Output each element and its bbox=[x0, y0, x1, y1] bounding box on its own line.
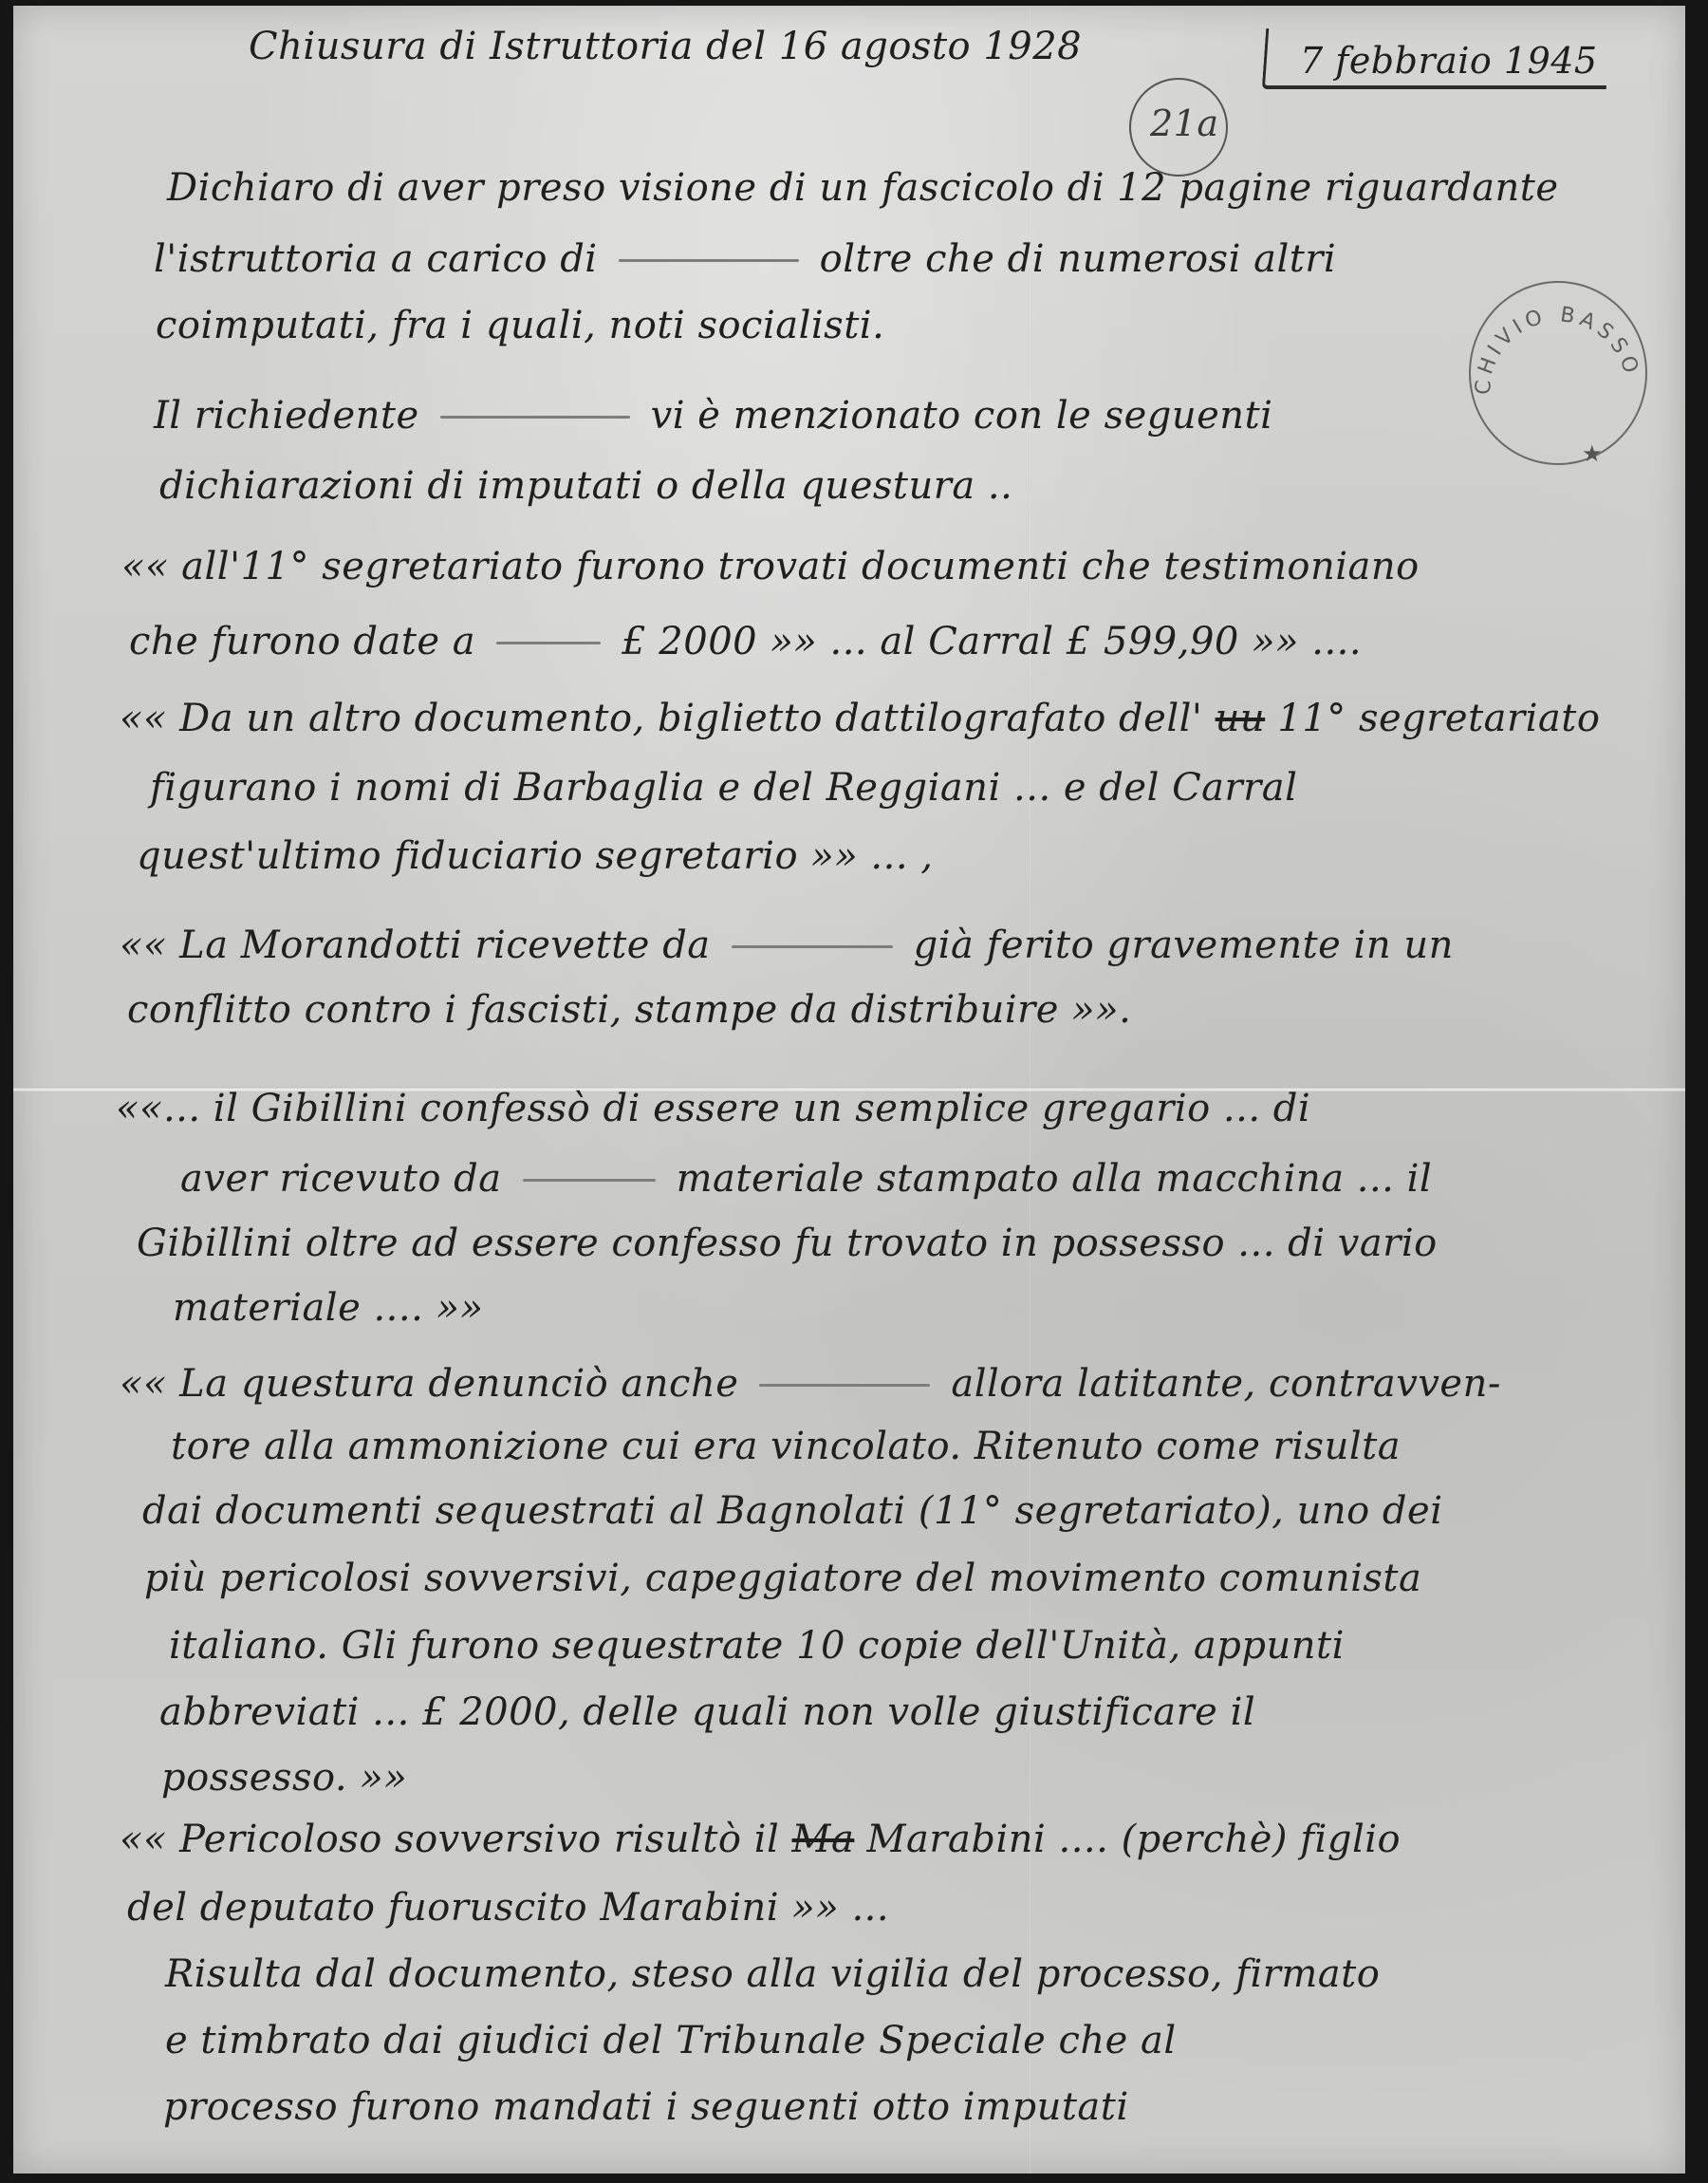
line-text: 11° segretariato bbox=[1265, 697, 1600, 740]
body-line-20: più pericolosi sovversivi, capeggiatore … bbox=[144, 1559, 1421, 1597]
body-line-25: del deputato fuoruscito Marabini »» ... bbox=[127, 1889, 889, 1927]
crossed-out-text: uu bbox=[1216, 697, 1266, 740]
body-line-21: italiano. Gli furono sequestrate 10 copi… bbox=[169, 1627, 1345, 1665]
line-text: £ 2000 »» ... al Carral £ 599,90 »» .... bbox=[622, 620, 1362, 663]
body-line-27: e timbrato dai giudici del Tribunale Spe… bbox=[165, 2022, 1177, 2060]
date-annotation: 7 febbraio 1945 bbox=[1300, 40, 1598, 82]
archive-stamp: CHIVIO BASSO ★ bbox=[1469, 281, 1647, 465]
line-text: italiano. Gli furono sequestrate 10 copi… bbox=[169, 1624, 1345, 1668]
line-text: ««... il Gibillini confessò di essere un… bbox=[116, 1087, 1310, 1130]
redacted-blank bbox=[619, 259, 799, 262]
body-line-18: tore alla ammonizione cui era vincolato.… bbox=[171, 1427, 1401, 1465]
body-line-14: aver ricevuto damateriale stampato alla … bbox=[180, 1160, 1432, 1198]
body-line-8: «« Da un altro documento, biglietto datt… bbox=[120, 700, 1600, 737]
body-line-4: Il richiedentevi è menzionato con le seg… bbox=[154, 397, 1272, 435]
line-text: «« La questura denunciò anche bbox=[120, 1362, 738, 1406]
line-text: più pericolosi sovversivi, capeggiatore … bbox=[144, 1557, 1421, 1600]
line-text: conflitto contro i fascisti, stampe da d… bbox=[127, 988, 1131, 1032]
body-line-28: processo furono mandati i seguenti otto … bbox=[163, 2088, 1129, 2126]
body-line-17: «« La questura denunciò ancheallora lati… bbox=[120, 1365, 1501, 1403]
line-text: dai documenti sequestrati al Bagnolati (… bbox=[142, 1489, 1443, 1533]
line-text: materiale stampato alla macchina ... il bbox=[677, 1157, 1433, 1201]
body-line-13: ««... il Gibillini confessò di essere un… bbox=[116, 1090, 1310, 1128]
body-line-16: materiale .... »» bbox=[173, 1289, 483, 1327]
body-line-23: possesso. »» bbox=[161, 1759, 407, 1797]
line-text: «« Pericoloso sovversivo risultò il bbox=[120, 1818, 792, 1861]
line-text: abbreviati ... £ 2000, delle quali non v… bbox=[159, 1690, 1255, 1734]
body-line-7: che furono date a£ 2000 »» ... al Carral… bbox=[129, 623, 1362, 661]
line-text: allora latitante, contravven- bbox=[951, 1362, 1501, 1406]
body-line-5: dichiarazioni di imputati o della questu… bbox=[159, 467, 1012, 505]
body-line-6: «« all'11° segretariato furono trovati d… bbox=[121, 548, 1420, 586]
line-text: vi è menzionato con le seguenti bbox=[651, 394, 1273, 438]
line-text: che furono date a bbox=[129, 620, 475, 663]
line-text: del deputato fuoruscito Marabini »» ... bbox=[127, 1886, 889, 1930]
redacted-blank bbox=[523, 1179, 656, 1182]
body-line-9: figurano i nomi di Barbaglia e del Reggi… bbox=[150, 769, 1297, 807]
svg-text:CHIVIO BASSO: CHIVIO BASSO bbox=[1472, 303, 1643, 395]
line-text: l'istruttoria a carico di bbox=[154, 237, 598, 281]
redacted-blank bbox=[759, 1384, 930, 1387]
line-text: Marabini .... (perchè) figlio bbox=[854, 1818, 1401, 1861]
line-text: figurano i nomi di Barbaglia e del Reggi… bbox=[150, 766, 1297, 810]
body-line-15: Gibillini oltre ad essere confesso fu tr… bbox=[137, 1224, 1438, 1262]
body-line-1: Dichiaro di aver preso visione di un fas… bbox=[167, 169, 1559, 207]
folio-mark: 21a bbox=[1150, 103, 1219, 144]
redacted-blank bbox=[496, 642, 601, 644]
redacted-blank bbox=[440, 416, 630, 419]
crossed-out-text: Ma bbox=[792, 1818, 855, 1861]
body-line-26: Risulta dal documento, steso alla vigili… bbox=[165, 1955, 1380, 1993]
line-text: coimputati, fra i quali, noti socialisti… bbox=[156, 304, 884, 347]
body-line-22: abbreviati ... £ 2000, delle quali non v… bbox=[159, 1693, 1255, 1731]
line-text: Risulta dal documento, steso alla vigili… bbox=[165, 1952, 1380, 1996]
line-text: processo furono mandati i seguenti otto … bbox=[163, 2085, 1129, 2129]
scan-frame: Chiusura di Istruttoria del 16 agosto 19… bbox=[0, 0, 1708, 2183]
body-line-19: dai documenti sequestrati al Bagnolati (… bbox=[142, 1492, 1443, 1530]
body-line-12: conflitto contro i fascisti, stampe da d… bbox=[127, 991, 1131, 1029]
stamp-ring-text: CHIVIO BASSO bbox=[1471, 283, 1645, 463]
line-text: materiale .... »» bbox=[173, 1286, 483, 1330]
star-icon: ★ bbox=[1582, 442, 1603, 465]
line-text: «« La Morandotti ricevette da bbox=[120, 924, 711, 967]
line-text: Il richiedente bbox=[154, 394, 419, 438]
body-line-3: coimputati, fra i quali, noti socialisti… bbox=[156, 307, 884, 345]
redacted-blank bbox=[732, 945, 893, 948]
line-text: possesso. »» bbox=[161, 1756, 407, 1800]
line-text: «« all'11° segretariato furono trovati d… bbox=[121, 545, 1420, 588]
body-line-24: «« Pericoloso sovversivo risultò il Ma M… bbox=[120, 1820, 1401, 1858]
line-text: già ferito gravemente in un bbox=[914, 924, 1454, 967]
line-text: «« Da un altro documento, biglietto datt… bbox=[120, 697, 1216, 740]
body-line-10: quest'ultimo fiduciario segretario »» ..… bbox=[137, 837, 933, 875]
line-text: Dichiaro di aver preso visione di un fas… bbox=[167, 166, 1559, 210]
body-line-11: «« La Morandotti ricevette dagià ferito … bbox=[120, 926, 1454, 964]
line-text: quest'ultimo fiduciario segretario »» ..… bbox=[137, 834, 933, 878]
line-text: e timbrato dai giudici del Tribunale Spe… bbox=[165, 2019, 1177, 2062]
body-line-2: l'istruttoria a carico dioltre che di nu… bbox=[154, 240, 1336, 278]
line-text: dichiarazioni di imputati o della questu… bbox=[159, 464, 1012, 508]
line-text: Gibillini oltre ad essere confesso fu tr… bbox=[137, 1222, 1438, 1265]
line-text: aver ricevuto da bbox=[180, 1157, 502, 1201]
line-text: oltre che di numerosi altri bbox=[820, 237, 1337, 281]
document-title: Chiusura di Istruttoria del 16 agosto 19… bbox=[249, 25, 1082, 68]
line-text: tore alla ammonizione cui era vincolato.… bbox=[171, 1425, 1401, 1468]
